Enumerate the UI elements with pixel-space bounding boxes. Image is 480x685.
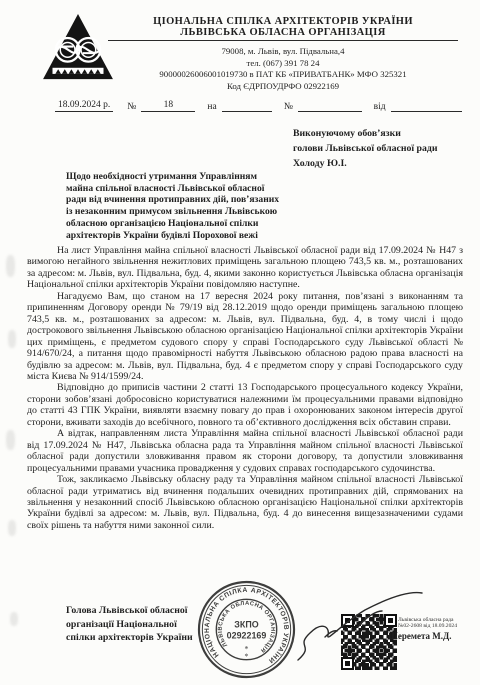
signatory-name: Шеремета М.Д.	[388, 631, 474, 641]
body-paragraph: Тож, закликаємо Львівську обласну раду т…	[27, 474, 463, 531]
letter-date: 18.09.2024 р.	[55, 100, 113, 112]
stamp-zkpo-label: ЗКПО	[234, 620, 258, 630]
recipient-block: Виконуючому обов’язки голови Львівської …	[293, 126, 438, 171]
subject-line: обласною організацією Національної спілк…	[66, 218, 279, 230]
org-name-line1: ЦІОНАЛЬНА СПІЛКА АРХІТЕКТОРІВ УКРАЇНИ	[108, 16, 458, 27]
vid-label: від	[374, 102, 386, 112]
blank-field	[391, 100, 462, 112]
recipient-line: Виконуючому обов’язки	[293, 126, 438, 141]
body-paragraph: А відтак, направленням листа Управління …	[27, 428, 463, 474]
signatory-title-line: Голова Львівської обласної	[66, 604, 193, 618]
subject-line: із незаконним примусом звільнення Львівс…	[66, 206, 279, 218]
subject-block: Щодо необхідності утримання Управлінням …	[66, 171, 279, 241]
subject-line: майна спільної власності Львівської обла…	[66, 183, 279, 195]
number-label-2: №	[284, 102, 293, 112]
recipient-line: голови Львівської обласної ради	[293, 141, 438, 156]
scan-smudge	[6, 255, 15, 277]
scan-smudge	[8, 520, 16, 536]
subject-line: ради від вчинення протиправних дій, пов’…	[66, 194, 279, 206]
na-label: на	[207, 102, 216, 112]
architects-union-logo-icon	[42, 13, 114, 81]
org-address: 79008, м. Львів, вул. Підвальна,4	[108, 46, 458, 58]
reference-line: 18.09.2024 р. № 18 на № від	[55, 100, 462, 112]
scan-smudge	[10, 612, 18, 626]
number-label: №	[127, 102, 136, 112]
subject-line: Щодо необхідності утримання Управлінням	[66, 171, 279, 183]
org-bank-account: 90000026006001019730 в ПАТ КБ «ПРИВАТБАН…	[108, 69, 458, 81]
recipient-line: Холоду Ю.І.	[293, 156, 438, 171]
body-paragraph: Нагадуємо Вам, що станом на 17 вересня 2…	[27, 291, 463, 383]
scan-smudge	[6, 430, 15, 450]
stamp-zkpo-number: 02922169	[227, 630, 267, 640]
org-edrpou-code: Код ЄДРПОУДРФО 02922169	[108, 81, 458, 93]
letterhead: ЦІОНАЛЬНА СПІЛКА АРХІТЕКТОРІВ УКРАЇНИ ЛЬ…	[108, 16, 458, 92]
org-phone: тел. (067) 391 78 24	[108, 58, 458, 70]
body-paragraph: Відповідно до приписів частини 2 статті …	[27, 382, 463, 428]
document-page: ЦІОНАЛЬНА СПІЛКА АРХІТЕКТОРІВ УКРАЇНИ ЛЬ…	[0, 0, 480, 685]
blank-field	[222, 100, 272, 112]
letter-number: 18	[141, 100, 195, 112]
subject-line: архітекторів України будівлі Порохової в…	[66, 230, 279, 242]
letter-body: На лист Управління майна спільної власно…	[27, 245, 463, 531]
stamp-star: *	[245, 652, 249, 661]
blank-field	[298, 100, 362, 112]
org-name-line2: ЛЬВІВСЬКА ОБЛАСНА ОРГАНІЗАЦІЯ	[108, 27, 458, 41]
registration-note: Львівська обласна рада №02-2608 від 18.0…	[398, 617, 474, 641]
registration-number-date: №02-2608 від 18.09.2024	[398, 623, 474, 629]
signatory-title: Голова Львівської обласної організації Н…	[66, 604, 193, 645]
scan-smudge	[8, 330, 16, 348]
body-paragraph: На лист Управління майна спільної власно…	[27, 245, 463, 291]
signatory-title-line: спілки архітекторів України	[66, 631, 193, 645]
signatory-title-line: організації Національної	[66, 618, 193, 632]
